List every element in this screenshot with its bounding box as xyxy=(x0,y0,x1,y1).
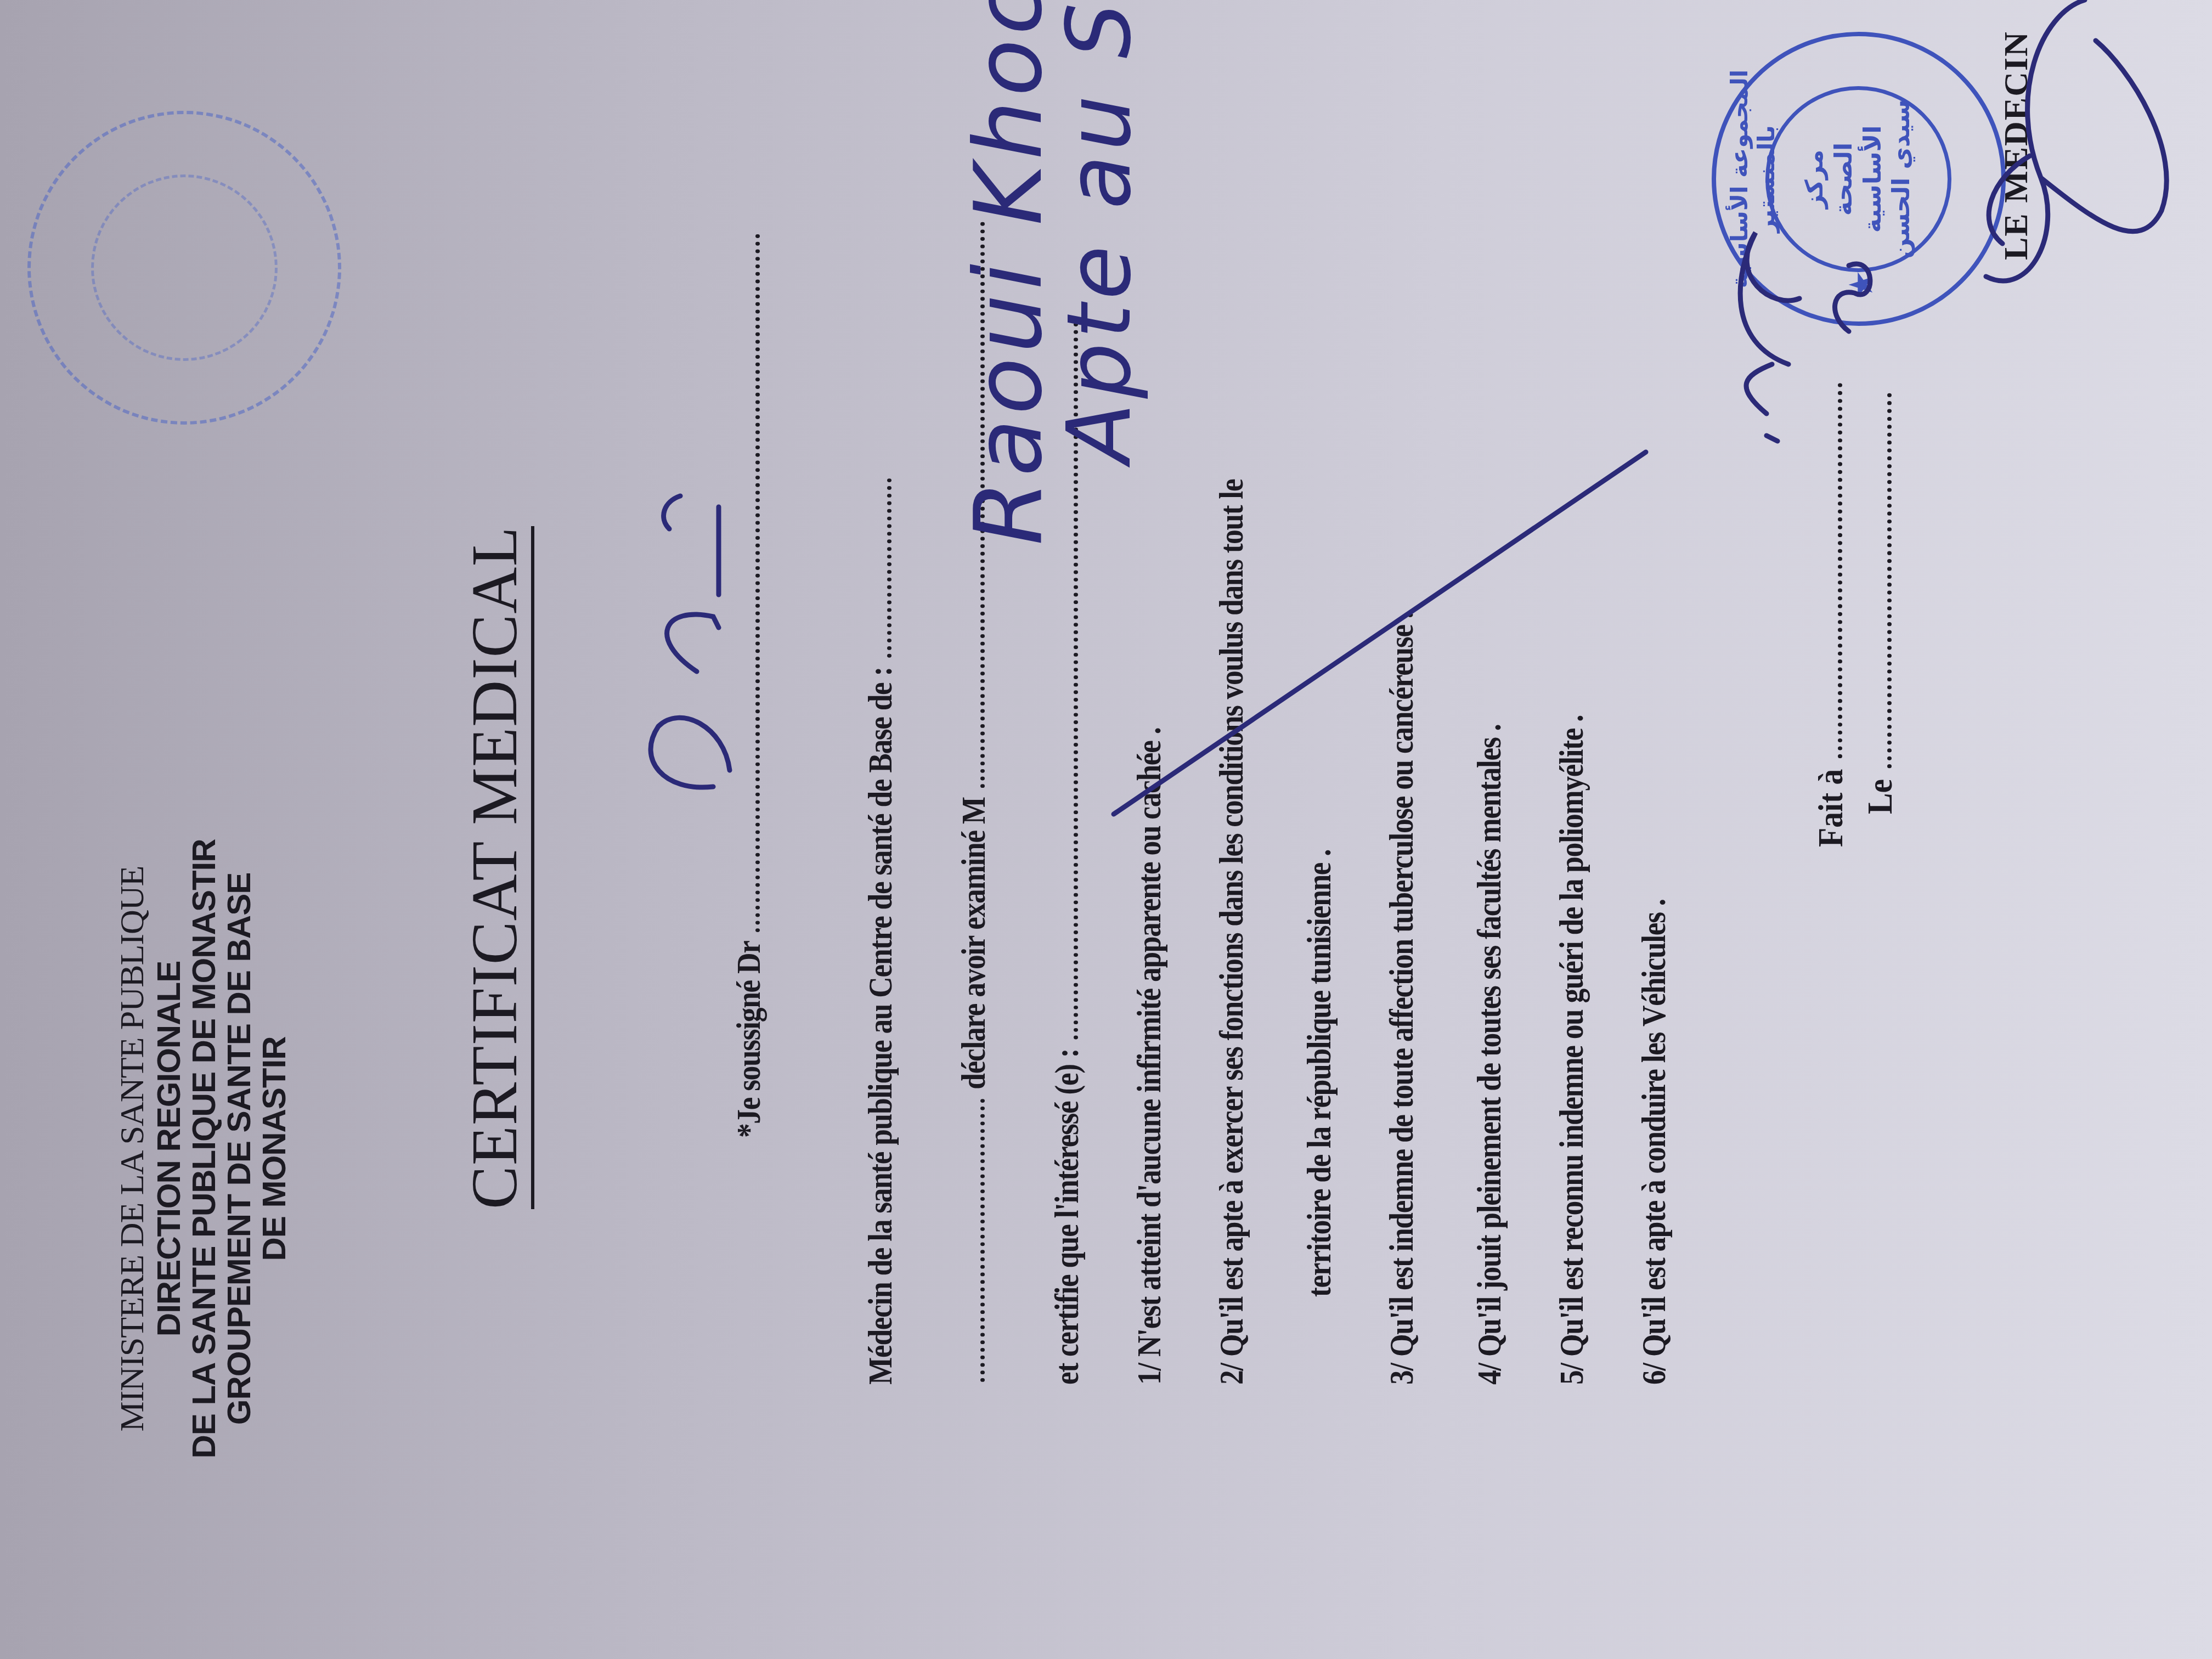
header-line: DE MONASTIR xyxy=(258,765,291,1533)
clause-number: 5/ xyxy=(1553,1363,1590,1385)
clause-6: 6/ Qu'il est apte à conduire les Véhicul… xyxy=(1635,899,1674,1385)
clause-2: 2/ Qu'il est apte à exercer ses fonction… xyxy=(1212,479,1251,1385)
place-label: Fait à xyxy=(1811,769,1850,847)
center-label: Médecin de la santé publique au Centre d… xyxy=(862,667,899,1385)
doctor-handwriting xyxy=(651,496,730,787)
doctor-line: *Je soussigné Dr xyxy=(730,231,769,1138)
clause-number: 6/ xyxy=(1635,1363,1673,1385)
clause-text: Qu'il est reconnu indemne ou guéri de la… xyxy=(1553,715,1590,1357)
stamp-line: مركز xyxy=(1801,150,1830,209)
signatory-label: LE MEDECIN xyxy=(1997,31,2036,260)
examined-label: déclare avoir examiné M xyxy=(955,797,992,1090)
clause-5: 5/ Qu'il est reconnu indemne ou guéri de… xyxy=(1553,715,1592,1385)
doctor-field[interactable] xyxy=(755,234,760,932)
clause-1: 1/ N'est atteint d'aucune infirmité appa… xyxy=(1130,727,1169,1385)
place-line: Fait à xyxy=(1810,380,1851,847)
center-line: Médecin de la santé publique au Centre d… xyxy=(861,476,900,1385)
clause-number: 4/ xyxy=(1471,1363,1508,1385)
ministry-name: MINISTERE DE LA SANTE PUBLIQUE xyxy=(115,765,149,1533)
date-line: Le xyxy=(1860,390,1900,814)
clause-2-continuation: territoire de la république tunisienne . xyxy=(1300,850,1339,1297)
clause-text: N'est atteint d'aucune infirmité apparen… xyxy=(1131,727,1168,1357)
document-title: CERTIFICAT MEDICAL xyxy=(461,527,534,1210)
header-block: MINISTERE DE LA SANTE PUBLIQUE DIRECTION… xyxy=(115,765,293,1533)
header-line: GROUPEMENT DE SANTE DE BASE xyxy=(223,765,256,1533)
star-icon: ★ xyxy=(1842,270,1881,300)
medical-certificate-page: MINISTERE DE LA SANTE PUBLIQUE DIRECTION… xyxy=(0,0,2212,1659)
clause-number: 3/ xyxy=(1383,1363,1420,1385)
place-field[interactable] xyxy=(1838,383,1842,758)
center-field[interactable] xyxy=(887,478,891,658)
clause-text: Qu'il est apte à exercer ses fonctions d… xyxy=(1213,479,1250,1357)
official-stamp: المجموعة الأساسية بالمنستير مركز الصحة ا… xyxy=(1712,32,2006,326)
clause-text: Qu'il jouit pleinement de toutes ses fac… xyxy=(1471,725,1508,1357)
handwritten-certify-value: Apte au Sport xyxy=(1048,0,1150,463)
date-field[interactable] xyxy=(1887,393,1892,768)
clause-text: territoire de la république tunisienne . xyxy=(1301,850,1338,1297)
stamp-line: الصحة الأساسية xyxy=(1830,90,1888,268)
stamp-center: مركز الصحة الأساسية سيدي الحسن xyxy=(1765,86,1951,272)
header-line: DE LA SANTE PUBLIQUE DE MONASTIR xyxy=(188,765,221,1533)
stamp-line: سيدي الحسن xyxy=(1887,100,1916,259)
examined-prefix-dots xyxy=(980,1099,985,1382)
clause-4: 4/ Qu'il jouit pleinement de toutes ses … xyxy=(1470,725,1509,1385)
clause-text: Qu'il est apte à conduire les Véhicules … xyxy=(1635,899,1673,1357)
faded-stamp xyxy=(27,111,341,425)
clause-number: 2/ xyxy=(1213,1363,1250,1385)
certify-label: et certifie que l'intéressé (e) : xyxy=(1048,1049,1086,1385)
doctor-label: *Je soussigné Dr xyxy=(730,941,768,1138)
clause-number: 1/ xyxy=(1131,1363,1168,1385)
date-label: Le xyxy=(1860,779,1899,814)
handwritten-examined-name: Raoui Khochne xyxy=(955,0,1063,545)
faded-stamp-inner xyxy=(91,174,278,361)
header-line: DIRECTION REGIONALE xyxy=(153,765,185,1533)
clause-3: 3/ Qu'il est indemne de toute affection … xyxy=(1383,612,1421,1385)
clause-text: Qu'il est indemne de toute affection tub… xyxy=(1383,612,1420,1357)
